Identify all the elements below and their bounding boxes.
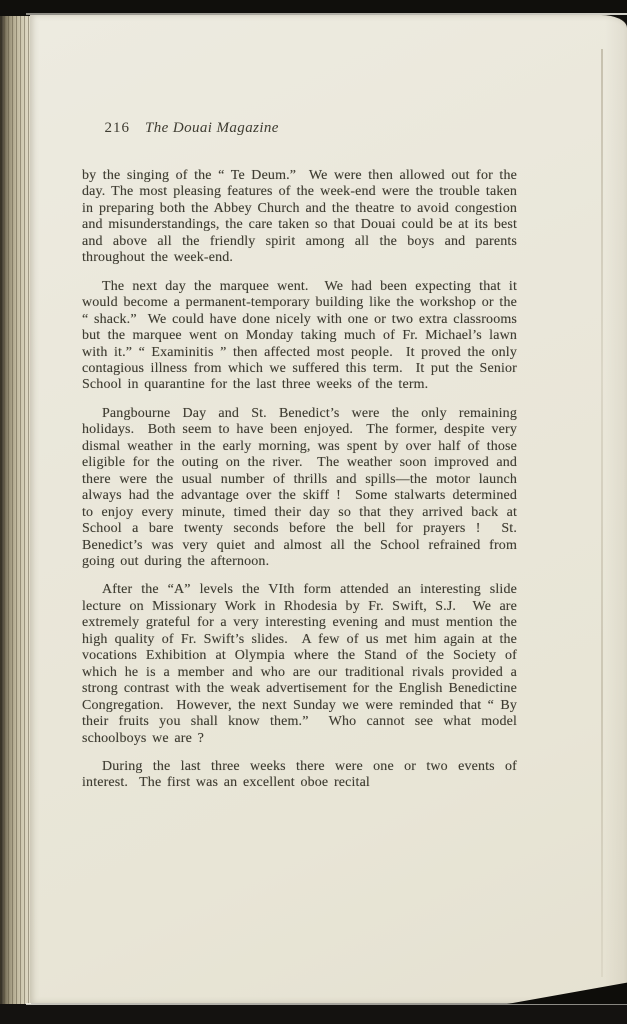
page-number: 216 — [105, 120, 131, 136]
page-crease — [601, 49, 603, 977]
running-header: 216The Douai Magazine — [82, 101, 517, 155]
paragraph: The next day the marquee went. We had be… — [82, 279, 517, 394]
paragraph: After the “A” levels the VIth form atten… — [82, 582, 517, 747]
book-scan: 216The Douai Magazine by the singing of … — [0, 0, 627, 1024]
paragraph: Pangbourne Day and St. Benedict’s were t… — [82, 406, 517, 571]
paragraph: by the singing of the “ Te Deum.” We wer… — [82, 168, 517, 267]
paragraph: During the last three weeks there were o… — [82, 759, 517, 792]
page-edge-stack — [0, 16, 31, 1004]
running-title: The Douai Magazine — [145, 120, 279, 136]
page-right-shading — [605, 15, 627, 1003]
page-text-block: 216The Douai Magazine by the singing of … — [82, 101, 517, 804]
